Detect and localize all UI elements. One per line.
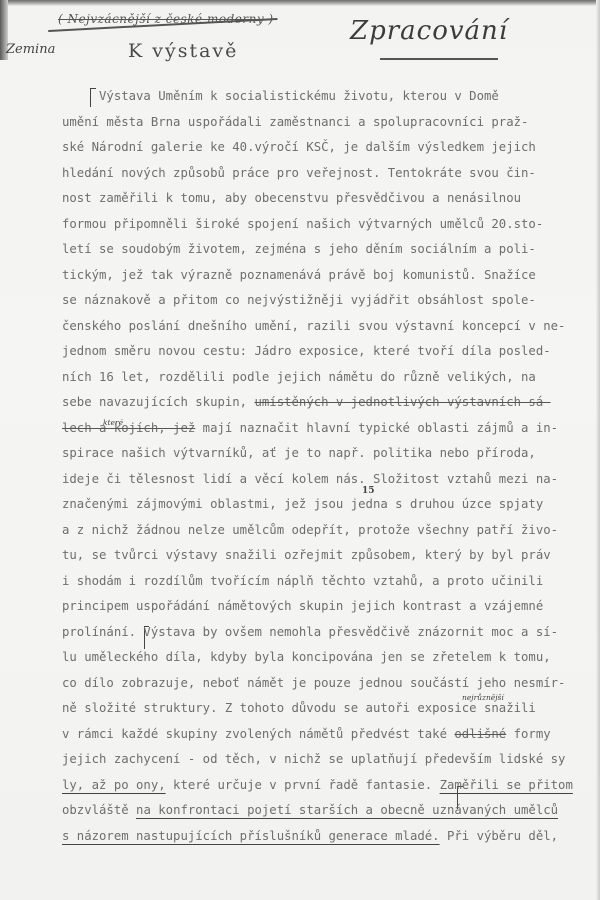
line-text: v rámci každé skupiny zvolených námětů p…: [62, 727, 454, 741]
line-text: i shodám i rozdílům tvořícím náplň těcht…: [62, 574, 543, 588]
line-text: nost zaměřili k tomu, aby obecenstvu pře…: [62, 191, 521, 205]
line-text: umění města Brna uspořádali zaměstnanci …: [62, 115, 528, 129]
typed-line: letí se soudobým životem, zejména s jeho…: [62, 237, 600, 263]
line-text: hledání nových způsobů práce pro veřejno…: [62, 166, 536, 180]
line-text: tu, se tvůrci výstavy snažili ozřejmit z…: [62, 548, 551, 562]
typed-line: lu uměleckého díla, kdyby byla koncipová…: [62, 645, 600, 671]
typed-line: značenými zájmovými oblastmi, jež jsou j…: [62, 492, 600, 518]
typed-line: Výstava Uměním k socialistickému životu,…: [62, 84, 600, 110]
typed-line: ly, až po ony, které určuje v první řadě…: [62, 773, 600, 799]
page-top-shadow: [0, 0, 600, 6]
line-text: Výstava Uměním k socialistickému životu,…: [62, 89, 499, 103]
underlined-text: Zaměřili se přitom: [440, 778, 573, 792]
line-text: ních 16 let, rozdělili podle jejich námě…: [62, 370, 536, 384]
typed-line: sebe navazujících skupin, umístěných v j…: [62, 390, 600, 416]
line-text: formou připomněli široké spojení našich …: [62, 217, 543, 231]
typed-line: ideje či tělesnost lidí a věcí kolem nás…: [62, 467, 600, 493]
line-text: čenského poslání dnešního umění, razili …: [62, 319, 565, 333]
typed-line: jejich zachycení - od těch, v nichž se u…: [62, 747, 600, 773]
typewritten-body: Výstava Uměním k socialistickému životu,…: [62, 84, 600, 849]
line-text: obzvláště: [62, 803, 136, 817]
line-text: mají naznačit hlavní typické oblasti záj…: [195, 421, 558, 435]
typed-line: obzvláště na konfrontaci pojetí starších…: [62, 798, 600, 824]
typed-line: se náznakově a přitom co nejvýstižněji v…: [62, 288, 600, 314]
typed-line: spirace našich výtvarníků, ať je to např…: [62, 441, 600, 467]
line-text: prolínání. Výstava by ovšem nemohla přes…: [62, 625, 558, 639]
handwritten-insert-nejruznejsi: nejrůznější: [462, 693, 504, 702]
line-text: lu uměleckého díla, kdyby byla koncipová…: [62, 650, 551, 664]
line-text: ně složité struktury. Z tohoto důvodu se…: [62, 701, 536, 715]
typed-line: s názorem nastupujících příslušníků gene…: [62, 824, 600, 850]
note-underline: [380, 58, 498, 60]
struck-text: lech a kojích, jež: [62, 421, 195, 435]
typed-line: prolínání. Výstava by ovšem nemohla přes…: [62, 620, 600, 646]
document-page: ( Nejvzácnější z české moderny ) Zemina …: [0, 0, 600, 900]
line-text: Při výběru děl,: [440, 829, 558, 843]
typed-line: jednom směru novou cestu: Jádro exposice…: [62, 339, 600, 365]
typed-line: tickým, jež tak výrazně poznamenává práv…: [62, 263, 600, 289]
struck-text: odlišné: [454, 727, 506, 741]
line-text: principem uspořádání námětových skupin j…: [62, 599, 543, 613]
typed-line: čenského poslání dnešního umění, razili …: [62, 314, 600, 340]
line-text: se náznakově a přitom co nejvýstižněji v…: [62, 293, 536, 307]
typed-line: co dílo zobrazuje, neboť námět je pouze …: [62, 671, 600, 697]
line-text: co dílo zobrazuje, neboť námět je pouze …: [62, 676, 565, 690]
line-text: sebe navazujících skupin,: [62, 395, 255, 409]
typed-line: nost zaměřili k tomu, aby obecenstvu pře…: [62, 186, 600, 212]
typed-line: a z nichž žádnou nelze umělcům odepřít, …: [62, 518, 600, 544]
handwritten-title: K výstavě: [128, 40, 238, 62]
margin-author-name: Zemina: [6, 42, 55, 57]
underlined-text: ly, až po ony,: [62, 778, 166, 792]
line-text: tickým, jež tak výrazně poznamenává práv…: [62, 268, 536, 282]
struck-text: umístěných v jednotlivých výstavních sá-: [255, 395, 551, 409]
line-text: jejich zachycení - od těch, v nichž se u…: [62, 752, 565, 766]
line-text: které určuje v první řadě fantasie.: [166, 778, 440, 792]
typed-line: ních 16 let, rozdělili podle jejich námě…: [62, 365, 600, 391]
typed-line: hledání nových způsobů práce pro veřejno…: [62, 161, 600, 187]
line-text: a z nichž žádnou nelze umělcům odepřít, …: [62, 523, 558, 537]
line-text: spirace našich výtvarníků, ať je to např…: [62, 446, 536, 460]
typed-line: tu, se tvůrci výstavy snažili ozřejmit z…: [62, 543, 600, 569]
typed-line: i shodám i rozdílům tvořícím náplň těcht…: [62, 569, 600, 595]
typed-line: v rámci každé skupiny zvolených námětů p…: [62, 722, 600, 748]
typed-line: umění města Brna uspořádali zaměstnanci …: [62, 110, 600, 136]
line-text: letí se soudobým životem, zejména s jeho…: [62, 242, 536, 256]
typed-line: lech a kojích, jež mají naznačit hlavní …: [62, 416, 600, 442]
line-text: jednom směru novou cestu: Jádro exposice…: [62, 344, 551, 358]
typed-line: ské Národní galerie ke 40.výročí KSČ, je…: [62, 135, 600, 161]
typed-line: formou připomněli široké spojení našich …: [62, 212, 600, 238]
footnote-mark: 15: [362, 486, 375, 496]
line-text: ské Národní galerie ke 40.výročí KSČ, je…: [62, 140, 536, 154]
line-text: ideje či tělesnost lidí a věcí kolem nás…: [62, 472, 558, 486]
handwritten-top-right-note: Zpracování: [350, 16, 508, 46]
underlined-text: na konfrontaci pojetí starších a obecně …: [136, 803, 558, 817]
typed-line: principem uspořádání námětových skupin j…: [62, 594, 600, 620]
handwritten-insert-ktere: které: [103, 418, 123, 427]
typed-line: ně složité struktury. Z tohoto důvodu se…: [62, 696, 600, 722]
line-text: značenými zájmovými oblastmi, jež jsou j…: [62, 497, 543, 511]
underlined-text: s názorem nastupujících příslušníků gene…: [62, 829, 440, 843]
line-text: formy: [506, 727, 550, 741]
